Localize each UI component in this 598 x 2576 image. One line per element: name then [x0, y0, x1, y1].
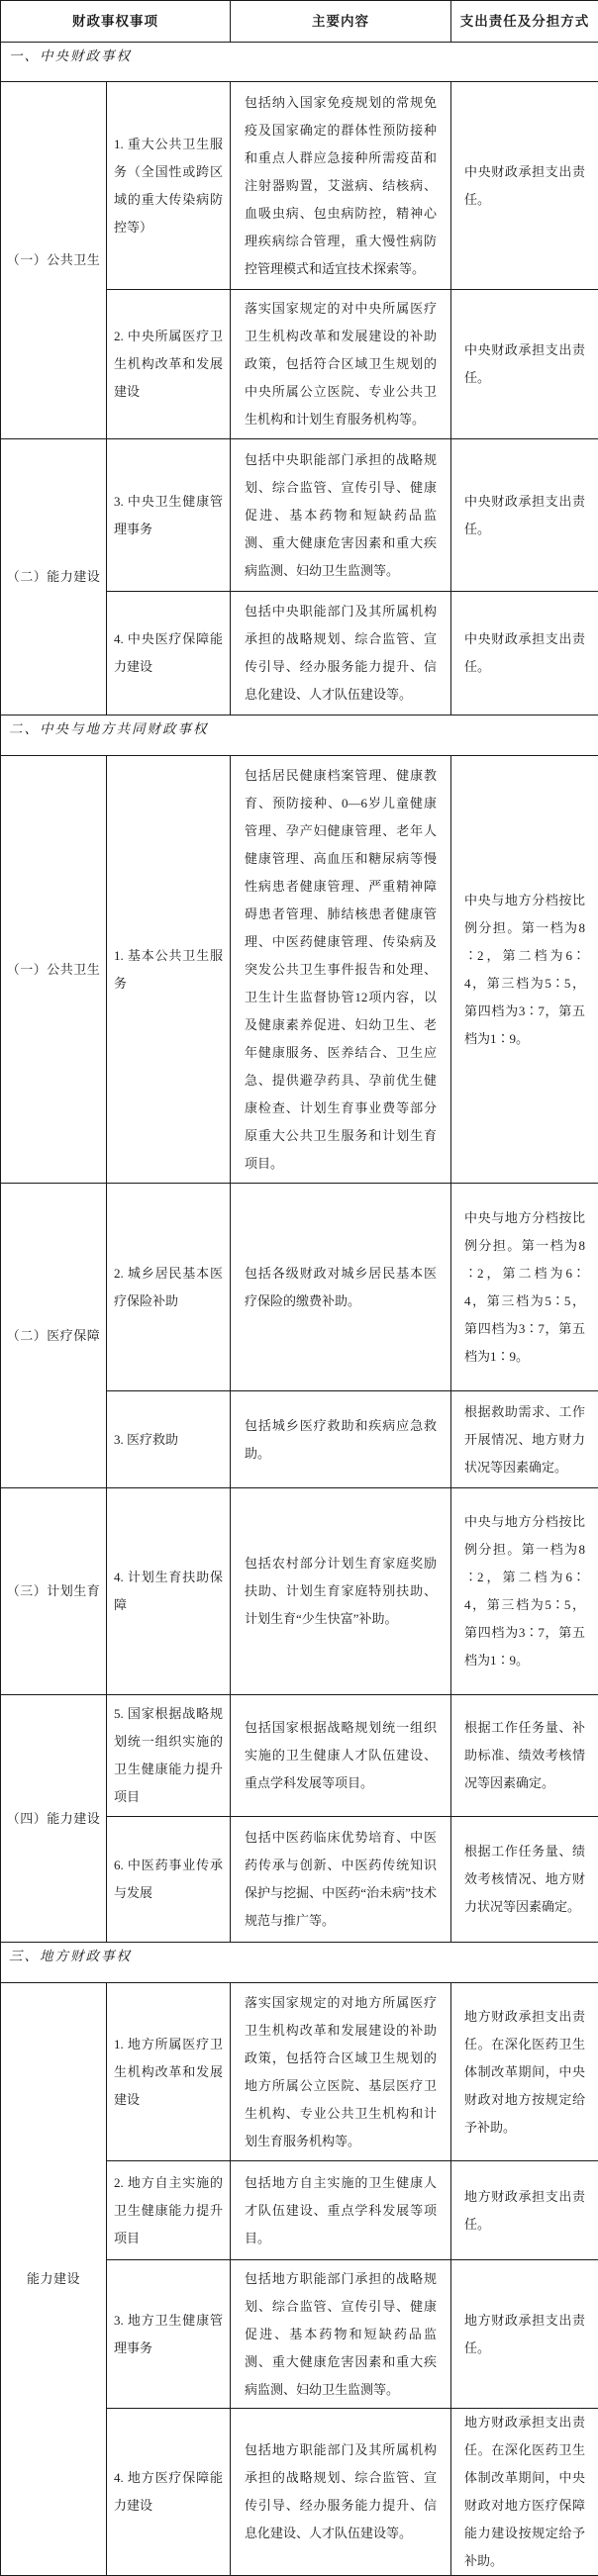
section-row: 一、中央财政事权: [1, 43, 598, 82]
item-cell: 4. 地方医疗保障能力建设: [107, 2409, 231, 2576]
item-cell: 3. 医疗救助: [107, 1391, 231, 1488]
responsibility-cell: 根据救助需求、工作开展情况、地方财力状况等因素确定。: [451, 1391, 598, 1488]
table-row: （四）能力建设 5. 国家根据战略规划统一组织实施的卫生健康能力提升项目 包括国…: [1, 1695, 598, 1817]
table-row: （一）公共卫生 1. 重大公共卫生服务（全国性或跨区域的重大传染病防控等） 包括…: [1, 82, 598, 290]
responsibility-cell: 中央财政承担支出责任。: [451, 439, 598, 592]
table-header-row: 财政事权事项 主要内容 支出责任及分担方式: [1, 1, 598, 43]
item-cell: 1. 重大公共卫生服务（全国性或跨区域的重大传染病防控等）: [107, 82, 231, 290]
header-main-content: 主要内容: [231, 1, 451, 43]
group-cell: 能力建设: [1, 1983, 107, 2576]
group-cell: （四）能力建设: [1, 1695, 107, 1943]
responsibility-cell: 中央财政承担支出责任。: [451, 592, 598, 716]
item-cell: 6. 中医药事业传承与发展: [107, 1817, 231, 1943]
item-cell: 5. 国家根据战略规划统一组织实施的卫生健康能力提升项目: [107, 1695, 231, 1817]
table-row: （三）计划生育 4. 计划生育扶助保障 包括农村部分计划生育家庭奖励扶助、计划生…: [1, 1488, 598, 1695]
table-row: （一）公共卫生 1. 基本公共卫生服务 包括居民健康档案管理、健康教育、预防接种…: [1, 756, 598, 1184]
group-cell: （一）公共卫生: [1, 82, 107, 439]
table-row: （二）医疗保障 2. 城乡居民基本医疗保险补助 包括各级财政对城乡居民基本医疗保…: [1, 1184, 598, 1391]
responsibility-cell: 地方财政承担支出责任。: [451, 2260, 598, 2409]
content-cell: 包括农村部分计划生育家庭奖励扶助、计划生育家庭特别扶助、计划生育“少生快富”补助…: [231, 1488, 451, 1695]
table-row: 能力建设 1. 地方所属医疗卫生机构改革和发展建设 落实国家规定的对地方所属医疗…: [1, 1983, 598, 2161]
content-cell: 落实国家规定的对地方所属医疗卫生机构改革和发展建设的补助政策，包括符合区域卫生规…: [231, 1983, 451, 2161]
section-row: 二、中央与地方共同财政事权: [1, 716, 598, 756]
item-cell: 2. 城乡居民基本医疗保险补助: [107, 1184, 231, 1391]
responsibility-cell: 中央财政承担支出责任。: [451, 290, 598, 439]
group-cell: （二）医疗保障: [1, 1184, 107, 1488]
content-cell: 包括国家根据战略规划统一组织实施的卫生健康人才队伍建设、重点学科发展等项目。: [231, 1695, 451, 1817]
content-cell: 落实国家规定的对中央所属医疗卫生机构改革和发展建设的补助政策，包括符合区域卫生规…: [231, 290, 451, 439]
content-cell: 包括纳入国家免疫规划的常规免疫及国家确定的群体性预防接种和重点人群应急接种所需疫…: [231, 82, 451, 290]
section-row: 三、地方财政事权: [1, 1943, 598, 1983]
responsibility-cell: 地方财政承担支出责任。在深化医药卫生体制改革期间，中央财政对地方按规定给予补助。: [451, 1983, 598, 2161]
responsibility-cell: 中央财政承担支出责任。: [451, 82, 598, 290]
content-cell: 包括城乡医疗救助和疾病应急救助。: [231, 1391, 451, 1488]
content-cell: 包括中医药临床优势培育、中医药传承与创新、中医药传统知识保护与挖掘、中医药“治未…: [231, 1817, 451, 1943]
group-cell: （一）公共卫生: [1, 756, 107, 1184]
item-cell: 1. 地方所属医疗卫生机构改革和发展建设: [107, 1983, 231, 2161]
item-cell: 3. 中央卫生健康管理事务: [107, 439, 231, 592]
content-cell: 包括居民健康档案管理、健康教育、预防接种、0—6岁儿童健康管理、孕产妇健康管理、…: [231, 756, 451, 1184]
section-title: 三、地方财政事权: [1, 1943, 598, 1983]
item-cell: 3. 地方卫生健康管理事务: [107, 2260, 231, 2409]
content-cell: 包括地方自主实施的卫生健康人才队伍建设、重点学科发展等项目。: [231, 2161, 451, 2260]
content-cell: 包括地方职能部门承担的战略规划、综合监管、宣传引导、健康促进、基本药物和短缺药品…: [231, 2260, 451, 2409]
item-cell: 4. 中央医疗保障能力建设: [107, 592, 231, 716]
content-cell: 包括中央职能部门及其所属机构承担的战略规划、综合监管、宣传引导、经办服务能力提升…: [231, 592, 451, 716]
responsibility-cell: 地方财政承担支出责任。在深化医药卫生体制改革期间，中央财政对地方医疗保障能力建设…: [451, 2409, 598, 2576]
document-page: 财政事权事项 主要内容 支出责任及分担方式 一、中央财政事权 （一）公共卫生 1…: [0, 0, 598, 2576]
responsibility-cell: 中央与地方分档按比例分担。第一档为8∶2，第二档为6∶4，第三档为5∶5，第四档…: [451, 1184, 598, 1391]
section-title: 一、中央财政事权: [1, 43, 598, 82]
fiscal-authority-table: 财政事权事项 主要内容 支出责任及分担方式 一、中央财政事权 （一）公共卫生 1…: [0, 0, 598, 2576]
item-cell: 2. 地方自主实施的卫生健康能力提升项目: [107, 2161, 231, 2260]
item-cell: 1. 基本公共卫生服务: [107, 756, 231, 1184]
responsibility-cell: 根据工作任务量、补助标准、绩效考核情况等因素确定。: [451, 1695, 598, 1817]
group-cell: （三）计划生育: [1, 1488, 107, 1695]
group-cell: （二）能力建设: [1, 439, 107, 716]
content-cell: 包括各级财政对城乡居民基本医疗保险的缴费补助。: [231, 1184, 451, 1391]
content-cell: 包括地方职能部门及其所属机构承担的战略规划、综合监管、宣传引导、经办服务能力提升…: [231, 2409, 451, 2576]
header-responsibility: 支出责任及分担方式: [451, 1, 598, 43]
section-title: 二、中央与地方共同财政事权: [1, 716, 598, 756]
item-cell: 2. 中央所属医疗卫生机构改革和发展建设: [107, 290, 231, 439]
header-matters: 财政事权事项: [1, 1, 231, 43]
table-row: （二）能力建设 3. 中央卫生健康管理事务 包括中央职能部门承担的战略规划、综合…: [1, 439, 598, 592]
responsibility-cell: 根据工作任务量、绩效考核情况、地方财力状况等因素确定。: [451, 1817, 598, 1943]
content-cell: 包括中央职能部门承担的战略规划、综合监管、宣传引导、健康促进、基本药物和短缺药品…: [231, 439, 451, 592]
responsibility-cell: 中央与地方分档按比例分担。第一档为8∶2，第二档为6∶4，第三档为5∶5，第四档…: [451, 756, 598, 1184]
responsibility-cell: 中央与地方分档按比例分担。第一档为8∶2，第二档为6∶4，第三档为5∶5，第四档…: [451, 1488, 598, 1695]
item-cell: 4. 计划生育扶助保障: [107, 1488, 231, 1695]
responsibility-cell: 地方财政承担支出责任。: [451, 2161, 598, 2260]
